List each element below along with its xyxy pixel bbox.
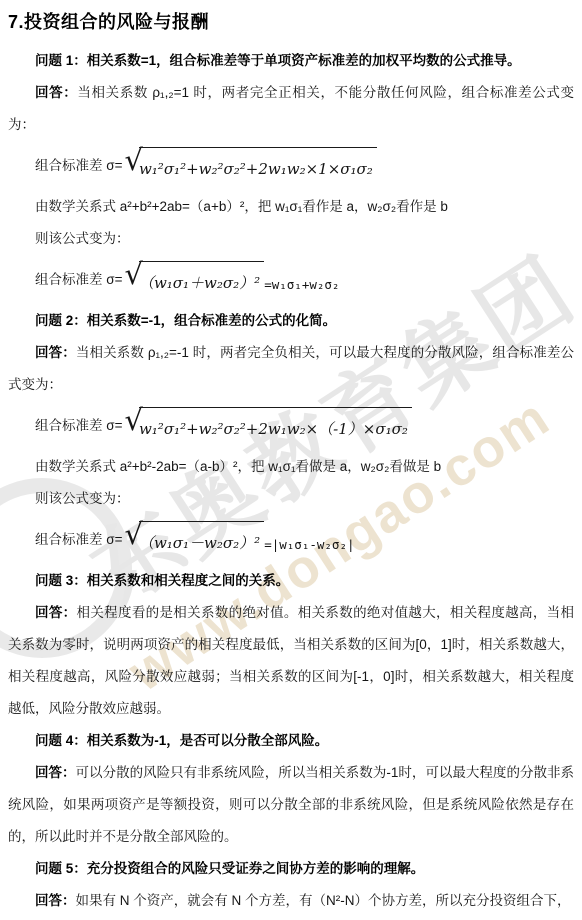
formula-4-radicand: （w₁σ₁－w₂σ₂）²	[139, 521, 264, 559]
formula-2-tail: =w₁σ₁+w₂σ₂	[264, 269, 339, 301]
formula-3-label: 组合标准差 σ=	[35, 410, 122, 442]
answer-1-label: 回答：	[35, 85, 77, 100]
answer-3-text: 相关程度看的是相关系数的绝对值。相关系数的绝对值越大，相关程度越高，当相关系数为…	[8, 605, 574, 716]
answer-1-text: 当相关系数 ρ₁,₂=1 时，两者完全正相关，不能分散任何风险，组合标准差公式变…	[8, 85, 574, 132]
formula-simplified-rho-plus1: 组合标准差 σ=√（w₁σ₁＋w₂σ₂）²=w₁σ₁+w₂σ₂	[35, 259, 574, 301]
question-3-heading: 问题 3：相关系数和相关程度之间的关系。	[8, 565, 574, 597]
question-5-heading: 问题 5：充分投资组合的风险只受证券之间协方差的影响的理解。	[8, 853, 574, 885]
formula-4-label: 组合标准差 σ=	[35, 524, 122, 556]
formula-3-radicand: w₁²σ₁²+w₂²σ₂²+2w₁w₂×（-1）×σ₁σ₂	[139, 407, 412, 445]
formula-simplified-rho-minus1: 组合标准差 σ=√（w₁σ₁－w₂σ₂）²=|w₁σ₁-w₂σ₂|	[35, 519, 574, 561]
question-4-heading: 问题 4：相关系数为-1，是否可以分散全部风险。	[8, 725, 574, 757]
answer-4-label: 回答：	[35, 765, 76, 780]
answer-5-label: 回答：	[35, 893, 76, 908]
formula-1-radicand: w₁²σ₁²+w₂²σ₂²+2w₁w₂×1×σ₁σ₂	[139, 147, 377, 185]
formula-portfolio-sd-rho-plus1: 组合标准差 σ=√w₁²σ₁²+w₂²σ₂²+2w₁w₂×1×σ₁σ₂	[35, 145, 574, 187]
answer-4: 回答：可以分散的风险只有非系统风险，所以当相关系数为-1时，可以最大程度的分散非…	[8, 757, 574, 853]
question-2-heading: 问题 2：相关系数=-1，组合标准差的公式的化简。	[8, 305, 574, 337]
math-relation-2: 由数学关系式 a²+b²-2ab=（a-b）²，把 w₁σ₁看做是 a，w₂σ₂…	[8, 451, 574, 483]
answer-5-text: 如果有 N 个资产，就会有 N 个方差，有（N²-N）个协方差，所以充分投资组合…	[76, 893, 571, 908]
sqrt-expression: √w₁²σ₁²+w₂²σ₂²+2w₁w₂×1×σ₁σ₂	[124, 147, 376, 185]
formula-portfolio-sd-rho-minus1: 组合标准差 σ=√w₁²σ₁²+w₂²σ₂²+2w₁w₂×（-1）×σ₁σ₂	[35, 405, 574, 447]
answer-2-text: 当相关系数 ρ₁,₂=-1 时，两者完全负相关，可以最大程度的分散风险，组合标准…	[8, 345, 574, 392]
answer-5: 回答：如果有 N 个资产，就会有 N 个方差，有（N²-N）个协方差，所以充分投…	[8, 885, 574, 917]
answer-2-label: 回答：	[35, 345, 76, 360]
answer-2: 回答：当相关系数 ρ₁,₂=-1 时，两者完全负相关，可以最大程度的分散风险，组…	[8, 337, 574, 401]
sqrt-expression: √w₁²σ₁²+w₂²σ₂²+2w₁w₂×（-1）×σ₁σ₂	[124, 407, 411, 445]
answer-3: 回答：相关程度看的是相关系数的绝对值。相关系数的绝对值越大，相关程度越高，当相关…	[8, 597, 574, 725]
document-body: 7.投资组合的风险与报酬 问题 1：相关系数=1，组合标准差等于单项资产标准差的…	[0, 0, 582, 917]
answer-4-text: 可以分散的风险只有非系统风险，所以当相关系数为-1时，可以最大程度的分散非系统风…	[8, 765, 574, 844]
formula-4-tail: =|w₁σ₁-w₂σ₂|	[264, 529, 354, 561]
question-1-heading: 问题 1：相关系数=1，组合标准差等于单项资产标准差的加权平均数的公式推导。	[8, 45, 574, 77]
answer-3-label: 回答：	[35, 605, 77, 620]
math-relation-1: 由数学关系式 a²+b²+2ab=（a+b）²，把 w₁σ₁看作是 a，w₂σ₂…	[8, 191, 574, 223]
sqrt-expression: √（w₁σ₁＋w₂σ₂）²	[124, 261, 264, 299]
page-title: 7.投资组合的风险与报酬	[8, 8, 574, 34]
answer-1: 回答：当相关系数 ρ₁,₂=1 时，两者完全正相关，不能分散任何风险，组合标准差…	[8, 77, 574, 141]
then-formula-becomes-2: 则该公式变为：	[8, 483, 574, 515]
formula-2-radicand: （w₁σ₁＋w₂σ₂）²	[139, 261, 264, 299]
formula-2-label: 组合标准差 σ=	[35, 264, 122, 296]
formula-1-label: 组合标准差 σ=	[35, 150, 122, 182]
then-formula-becomes-1: 则该公式变为：	[8, 223, 574, 255]
sqrt-expression: √（w₁σ₁－w₂σ₂）²	[124, 521, 264, 559]
